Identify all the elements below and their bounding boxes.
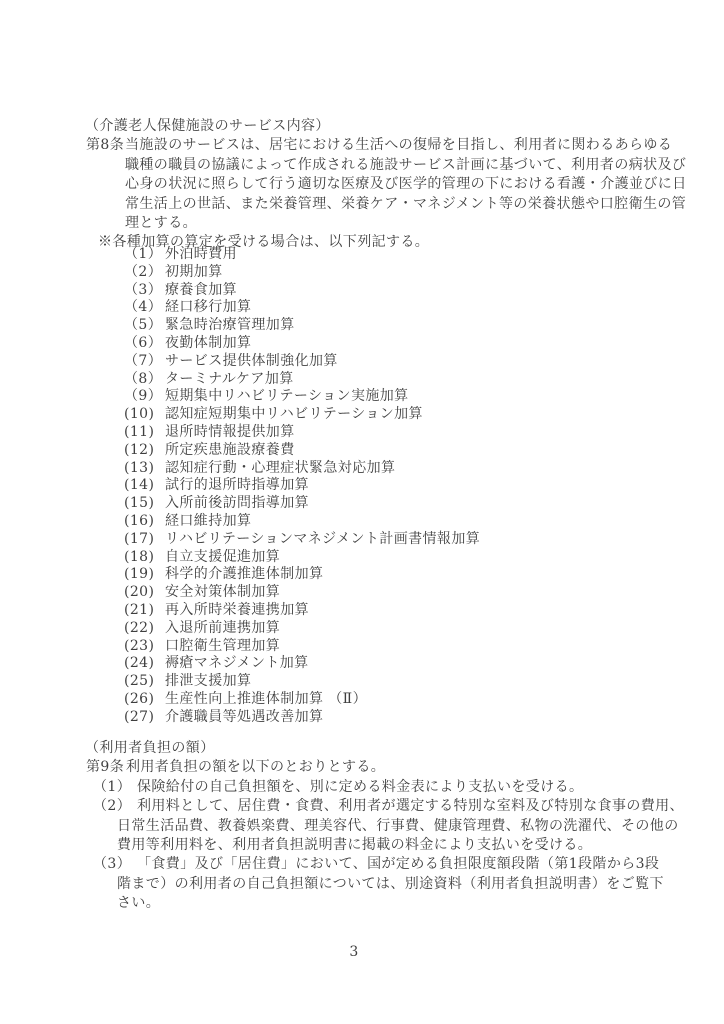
article-8-body-line: 当施設のサービスは、居宅における生活への復帰を目指し、利用者に関わるあらゆる xyxy=(125,136,724,155)
item-number: (18) xyxy=(124,549,165,567)
charge-item: （1） 保険給付の自己負担額を、別に定める料金表により支払いを受ける。 xyxy=(117,778,724,797)
charge-item-text: 「食費」及び「居住費」において、国が定める負担限度額段階（第1段階から3段階まで… xyxy=(117,855,724,913)
item-number: (17) xyxy=(124,531,165,549)
addition-list-item: (21)再入所時栄養連携加算 xyxy=(124,602,480,620)
item-label: 短期集中リハビリテーション実施加算 xyxy=(165,388,409,404)
addition-list-item: (27)介護職員等処遇改善加算 xyxy=(124,709,480,727)
item-number: （2） xyxy=(93,797,131,816)
addition-list-item: （1）外泊時費用 xyxy=(124,246,480,264)
article-8-body-line: 常生活上の世話、また栄養管理、栄養ケア・マネジメント等の栄養状態や口腔衛生の管 xyxy=(125,195,724,214)
item-number: (15) xyxy=(124,495,165,513)
item-number: (10) xyxy=(124,406,165,424)
text-line: 保険給付の自己負担額を、別に定める料金表により支払いを受ける。 xyxy=(117,778,724,797)
addition-list-item: (18)自立支援促進加算 xyxy=(124,549,480,567)
item-number: (14) xyxy=(124,477,165,495)
item-number: (24) xyxy=(124,655,165,673)
item-number: (22) xyxy=(124,620,165,638)
addition-list-item: (13)認知症行動・心理症状緊急対応加算 xyxy=(124,460,480,478)
addition-list-item: (11)退所時情報提供加算 xyxy=(124,424,480,442)
text-line: 「食費」及び「居住費」において、国が定める負担限度額段階（第1段階から3段 xyxy=(117,855,724,874)
item-number: (13) xyxy=(124,460,165,478)
item-number: （3） xyxy=(124,282,165,300)
item-label: 入所前後訪問指導加算 xyxy=(165,495,309,511)
item-number: (25) xyxy=(124,673,165,691)
item-number: （9） xyxy=(124,388,165,406)
section-heading-user-charges: （利用者負担の額） xyxy=(85,739,724,758)
addition-list-item: （4）経口移行加算 xyxy=(124,299,480,317)
item-label: 外泊時費用 xyxy=(165,246,237,262)
item-number: (20) xyxy=(124,584,165,602)
article-8-body-line: 心身の状況に照らして行う適切な医療及び医学的管理の下における看護・介護並びに日 xyxy=(125,175,724,194)
addition-list-item: (26)生産性向上推進体制加算 （Ⅱ） xyxy=(124,691,480,709)
item-number: （1） xyxy=(93,778,131,797)
article-9-label: 第9条 xyxy=(86,758,124,777)
additions-list: （1）外泊時費用 （2）初期加算 （3）療養食加算 （4）経口移行加算 （5）緊… xyxy=(0,246,480,727)
item-number: （7） xyxy=(124,353,165,371)
text-line: 利用料として、居住費・食費、利用者が選定する特別な室料及び特別な食事の費用、 xyxy=(117,797,724,816)
item-number: （3） xyxy=(93,855,131,874)
item-label: 自立支援促進加算 xyxy=(165,549,280,565)
addition-list-item: (19)科学的介護推進体制加算 xyxy=(124,566,480,584)
addition-list-item: （5）緊急時治療管理加算 xyxy=(124,317,480,335)
item-label: 夜勤体制加算 xyxy=(165,335,251,351)
item-label: 口腔衛生管理加算 xyxy=(165,638,280,654)
section-heading-services: （介護老人保健施設のサービス内容） xyxy=(85,117,724,136)
addition-list-item: (12)所定疾患施設療養費 xyxy=(124,442,480,460)
addition-list-item: （7）サービス提供体制強化加算 xyxy=(124,353,480,371)
item-label: 安全対策体制加算 xyxy=(165,584,280,600)
item-label: 排泄支援加算 xyxy=(165,673,251,689)
item-label: 退所時情報提供加算 xyxy=(165,424,295,440)
item-label: 褥瘡マネジメント加算 xyxy=(165,655,309,671)
item-number: (23) xyxy=(124,638,165,656)
item-label: リハビリテーションマネジメント計画書情報加算 xyxy=(165,531,480,547)
addition-list-item: (24)褥瘡マネジメント加算 xyxy=(124,655,480,673)
item-label: ターミナルケア加算 xyxy=(165,371,294,387)
addition-list-item: （2）初期加算 xyxy=(124,264,480,282)
addition-list-item: (17)リハビリテーションマネジメント計画書情報加算 xyxy=(124,531,480,549)
item-number: (26) xyxy=(124,691,165,709)
charge-item-text: 利用料として、居住費・食費、利用者が選定する特別な室料及び特別な食事の費用、日常… xyxy=(117,797,724,855)
item-label: 入退所前連携加算 xyxy=(165,620,280,636)
item-number: （8） xyxy=(124,371,165,389)
item-number: (19) xyxy=(124,566,165,584)
text-line: 階まで）の利用者の自己負担額については、別途資料（利用者負担説明書）をご覧下 xyxy=(117,875,724,894)
addition-list-item: （3）療養食加算 xyxy=(124,282,480,300)
charge-item: （3） 「食費」及び「居住費」において、国が定める負担限度額段階（第1段階から3… xyxy=(117,855,724,913)
item-label: 療養食加算 xyxy=(165,282,237,298)
addition-list-item: (25)排泄支援加算 xyxy=(124,673,480,691)
item-label: 経口移行加算 xyxy=(165,299,251,315)
addition-list-item: (20)安全対策体制加算 xyxy=(124,584,480,602)
addition-list-item: （8）ターミナルケア加算 xyxy=(124,371,480,389)
item-label: 認知症短期集中リハビリテーション加算 xyxy=(165,406,423,422)
section-user-charges: （利用者負担の額） 第9条 利用者負担の額を以下のとおりとする。 （1） 保険給… xyxy=(0,739,724,914)
article-8-body-line: 職種の職員の協議によって作成される施設サービス計画に基づいて、利用者の病状及び xyxy=(125,156,724,175)
page-number: 3 xyxy=(0,944,708,960)
item-label: 試行的退所時指導加算 xyxy=(165,477,309,493)
item-number: (11) xyxy=(124,424,165,442)
item-number: (16) xyxy=(124,513,165,531)
charge-item: （2） 利用料として、居住費・食費、利用者が選定する特別な室料及び特別な食事の費… xyxy=(117,797,724,855)
item-number: (21) xyxy=(124,602,165,620)
addition-list-item: (16)経口維持加算 xyxy=(124,513,480,531)
item-label: 認知症行動・心理症状緊急対応加算 xyxy=(165,460,395,476)
addition-list-item: (10)認知症短期集中リハビリテーション加算 xyxy=(124,406,480,424)
item-label: サービス提供体制強化加算 xyxy=(165,353,338,369)
addition-list-item: （6）夜勤体制加算 xyxy=(124,335,480,353)
item-label: 初期加算 xyxy=(165,264,223,280)
addition-list-item: (15)入所前後訪問指導加算 xyxy=(124,495,480,513)
item-label: 生産性向上推進体制加算 （Ⅱ） xyxy=(165,691,367,707)
addition-list-item: (14)試行的退所時指導加算 xyxy=(124,477,480,495)
text-line: 費用等利用料を、利用者負担説明書に掲載の料金により支払いを受ける。 xyxy=(117,836,724,855)
addition-list-item: （9）短期集中リハビリテーション実施加算 xyxy=(124,388,480,406)
item-number: (12) xyxy=(124,442,165,460)
text-line: 日常生活品費、教養娯楽費、理美容代、行事費、健康管理費、私物の洗濯代、その他の xyxy=(117,817,724,836)
section-services: （介護老人保健施設のサービス内容） 第8条 当施設のサービスは、居宅における生活… xyxy=(0,117,724,253)
item-label: 科学的介護推進体制加算 xyxy=(165,566,323,582)
text-line: さい。 xyxy=(117,894,724,913)
item-label: 緊急時治療管理加算 xyxy=(165,317,295,333)
item-number: （4） xyxy=(124,299,165,317)
item-label: 再入所時栄養連携加算 xyxy=(165,602,309,618)
addition-list-item: (23)口腔衛生管理加算 xyxy=(124,638,480,656)
item-number: (27) xyxy=(124,709,165,727)
article-9-intro: 利用者負担の額を以下のとおりとする。 xyxy=(126,758,724,777)
item-number: （5） xyxy=(124,317,165,335)
charge-item-text: 保険給付の自己負担額を、別に定める料金表により支払いを受ける。 xyxy=(117,778,724,797)
item-number: （1） xyxy=(124,246,165,264)
item-label: 介護職員等処遇改善加算 xyxy=(165,709,323,725)
item-label: 所定疾患施設療養費 xyxy=(165,442,295,458)
article-8-body-line: 理とする。 xyxy=(125,214,724,233)
item-label: 経口維持加算 xyxy=(165,513,251,529)
item-number: （2） xyxy=(124,264,165,282)
addition-list-item: (22)入退所前連携加算 xyxy=(124,620,480,638)
article-8-label: 第8条 xyxy=(86,136,124,155)
item-number: （6） xyxy=(124,335,165,353)
document-page: （介護老人保健施設のサービス内容） 第8条 当施設のサービスは、居宅における生活… xyxy=(0,0,724,1024)
